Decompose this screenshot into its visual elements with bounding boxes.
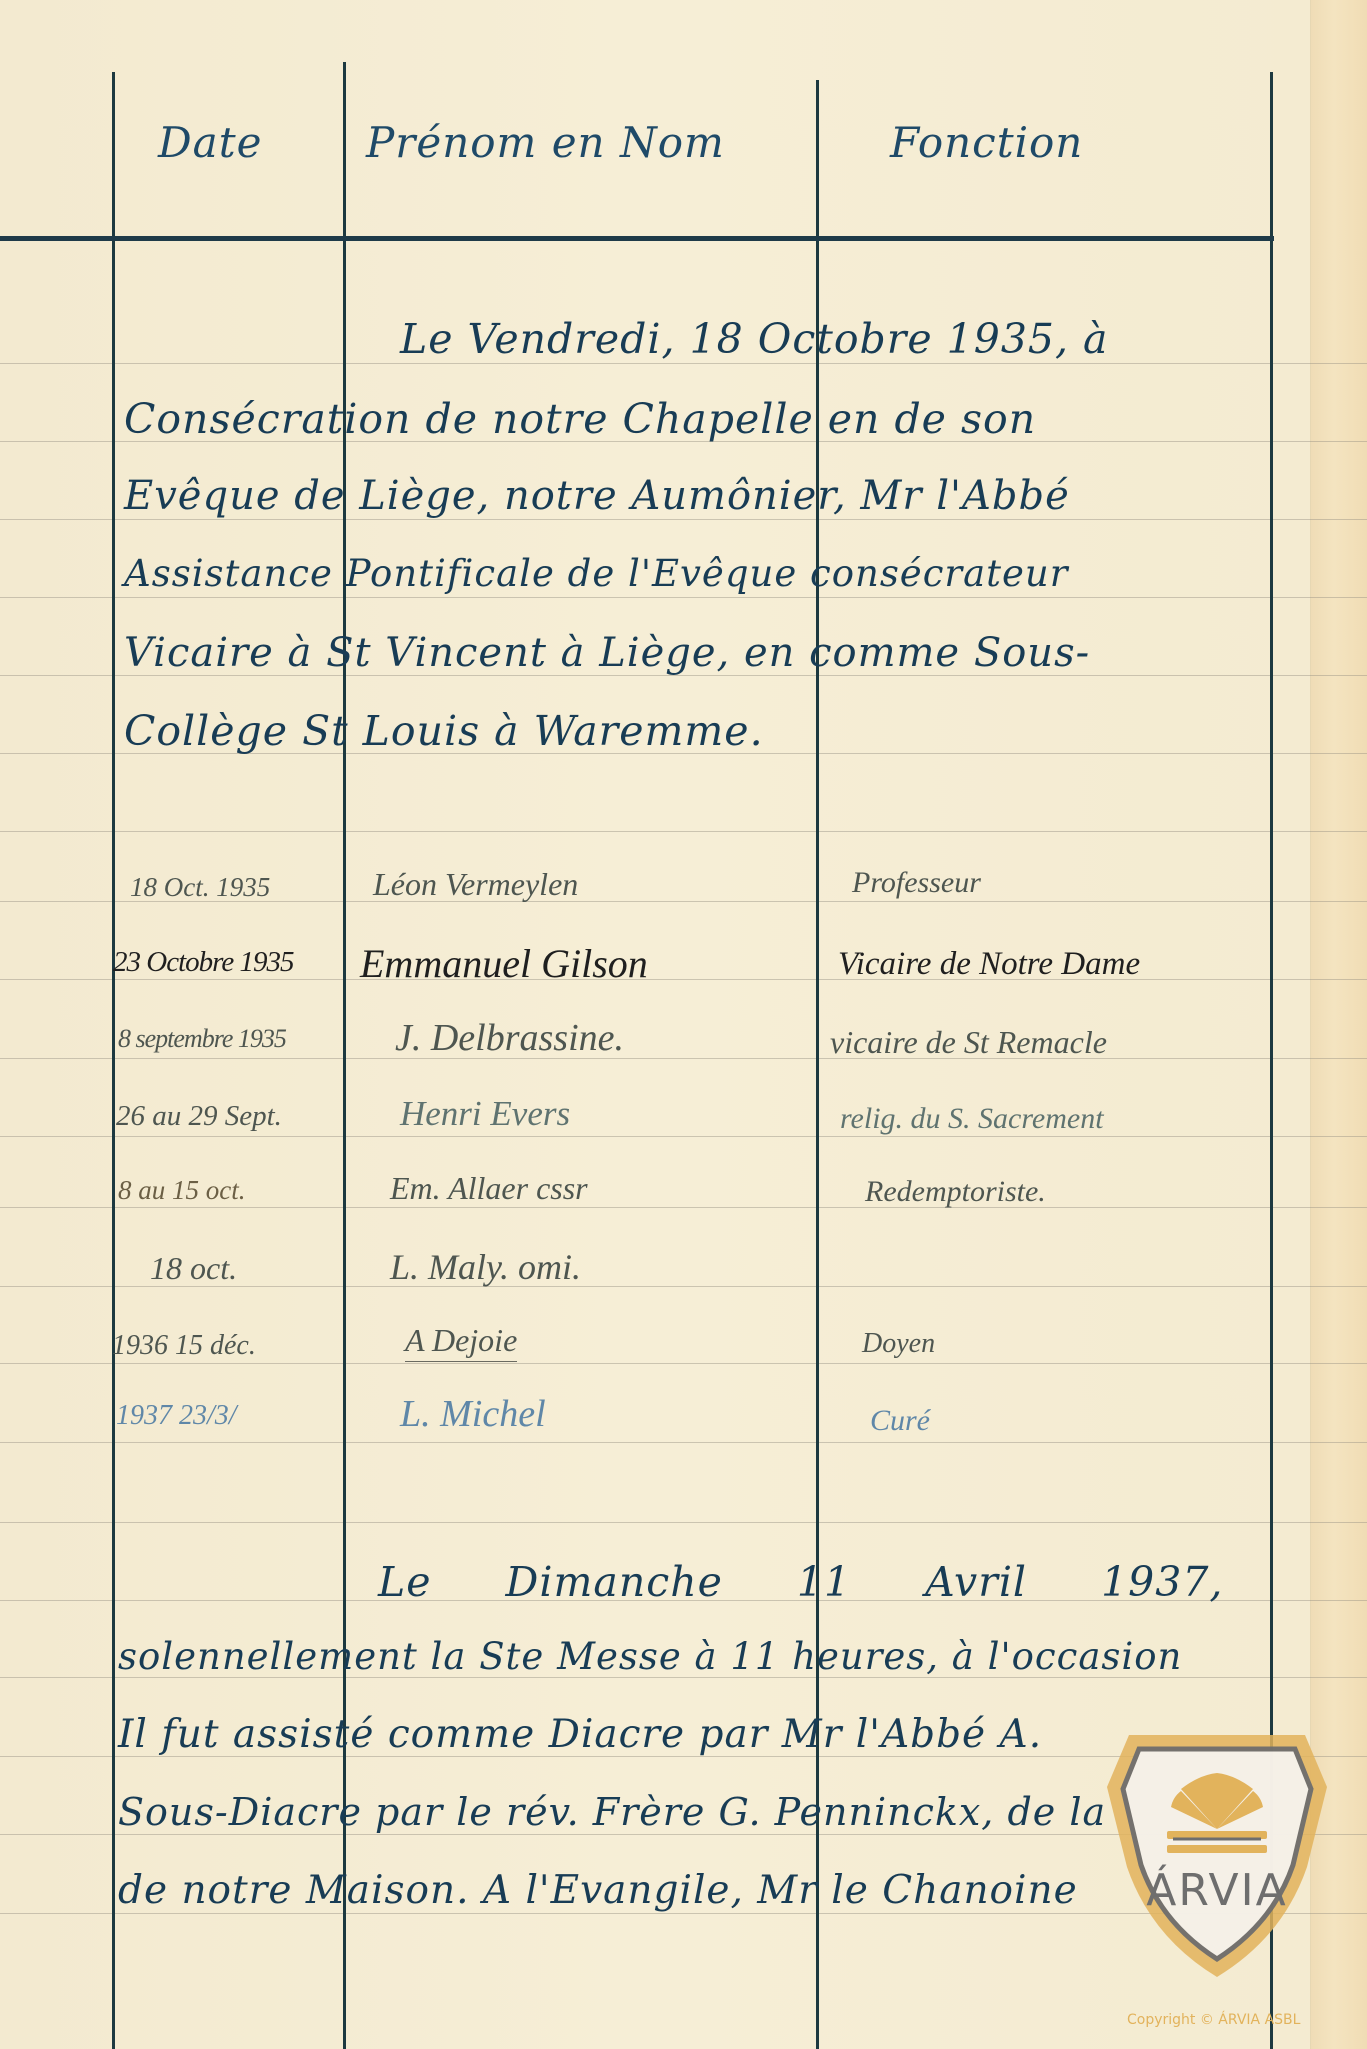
entry-name: A Dejoie	[405, 1322, 517, 1362]
entry-name: L. Maly. omi.	[390, 1246, 581, 1288]
entry-function: Redemptoriste.	[865, 1175, 1046, 1209]
entry-date: 8 septembre 1935	[118, 1024, 286, 1054]
paragraph-line: Le Dimanche 11 Avril 1937,	[378, 1558, 1223, 1606]
entry-date: 23 Octobre 1935	[113, 946, 293, 979]
entry-function: Curé	[870, 1404, 930, 1438]
entry-function: Vicaire de Notre Dame	[838, 946, 1140, 983]
entry-name: Léon Vermeylen	[373, 866, 578, 903]
entry-date: 18 oct.	[150, 1250, 237, 1287]
entry-date: 1936 15 déc.	[112, 1330, 256, 1362]
entry-name: Emmanuel Gilson	[360, 940, 648, 987]
paragraph-line: Sous-Diacre par le rév. Frère G. Penninc…	[118, 1790, 1106, 1834]
entry-name: Em. Allaer cssr	[390, 1170, 588, 1207]
header-name: Prénom en Nom	[366, 118, 725, 167]
entry-name: Henri Evers	[400, 1094, 570, 1134]
entry-date: 8 au 15 oct.	[118, 1175, 246, 1206]
shield-logo-icon: ÁRVIA	[1103, 1727, 1331, 1982]
arvia-watermark: ÁRVIA	[1103, 1727, 1331, 1982]
entry-date: 18 Oct. 1935	[130, 872, 270, 903]
column-rule-left	[112, 72, 115, 2049]
entry-function: vicaire de St Remacle	[830, 1024, 1107, 1061]
paragraph-line: Collège St Louis à Waremme.	[124, 707, 764, 755]
paragraph-line: Evêque de Liège, notre Aumônier, Mr l'Ab…	[124, 473, 1070, 519]
paragraph-line: Consécration de notre Chapelle en de son	[124, 395, 1036, 443]
paragraph-line: Vicaire à St Vincent à Liège, en comme S…	[124, 630, 1090, 676]
entry-name: L. Michel	[400, 1392, 546, 1436]
paragraph-line: de notre Maison. A l'Evangile, Mr le Cha…	[118, 1868, 1078, 1913]
entry-function: relig. du S. Sacrement	[840, 1102, 1104, 1136]
entry-name: J. Delbrassine.	[395, 1016, 624, 1060]
copyright-notice: Copyright © ÁRVIA ASBL	[1127, 2012, 1300, 2028]
paragraph-line: Le Vendredi, 18 Octobre 1935, à	[400, 315, 1109, 363]
paragraph-line: Assistance Pontificale de l'Evêque consé…	[124, 552, 1068, 595]
header-function: Fonction	[890, 118, 1083, 167]
header-date: Date	[158, 118, 262, 167]
entry-function: Doyen	[862, 1328, 935, 1360]
entry-date: 1937 23/3/	[116, 1400, 237, 1432]
header-rule	[0, 236, 1274, 241]
paragraph-line: Il fut assisté comme Diacre par Mr l'Abb…	[118, 1712, 1042, 1757]
paragraph-line: solennellement la Ste Messe à 11 heures,…	[118, 1635, 1182, 1678]
svg-text:ÁRVIA: ÁRVIA	[1146, 1863, 1287, 1916]
entry-date: 26 au 29 Sept.	[116, 1100, 282, 1133]
entry-function: Professeur	[852, 866, 981, 900]
